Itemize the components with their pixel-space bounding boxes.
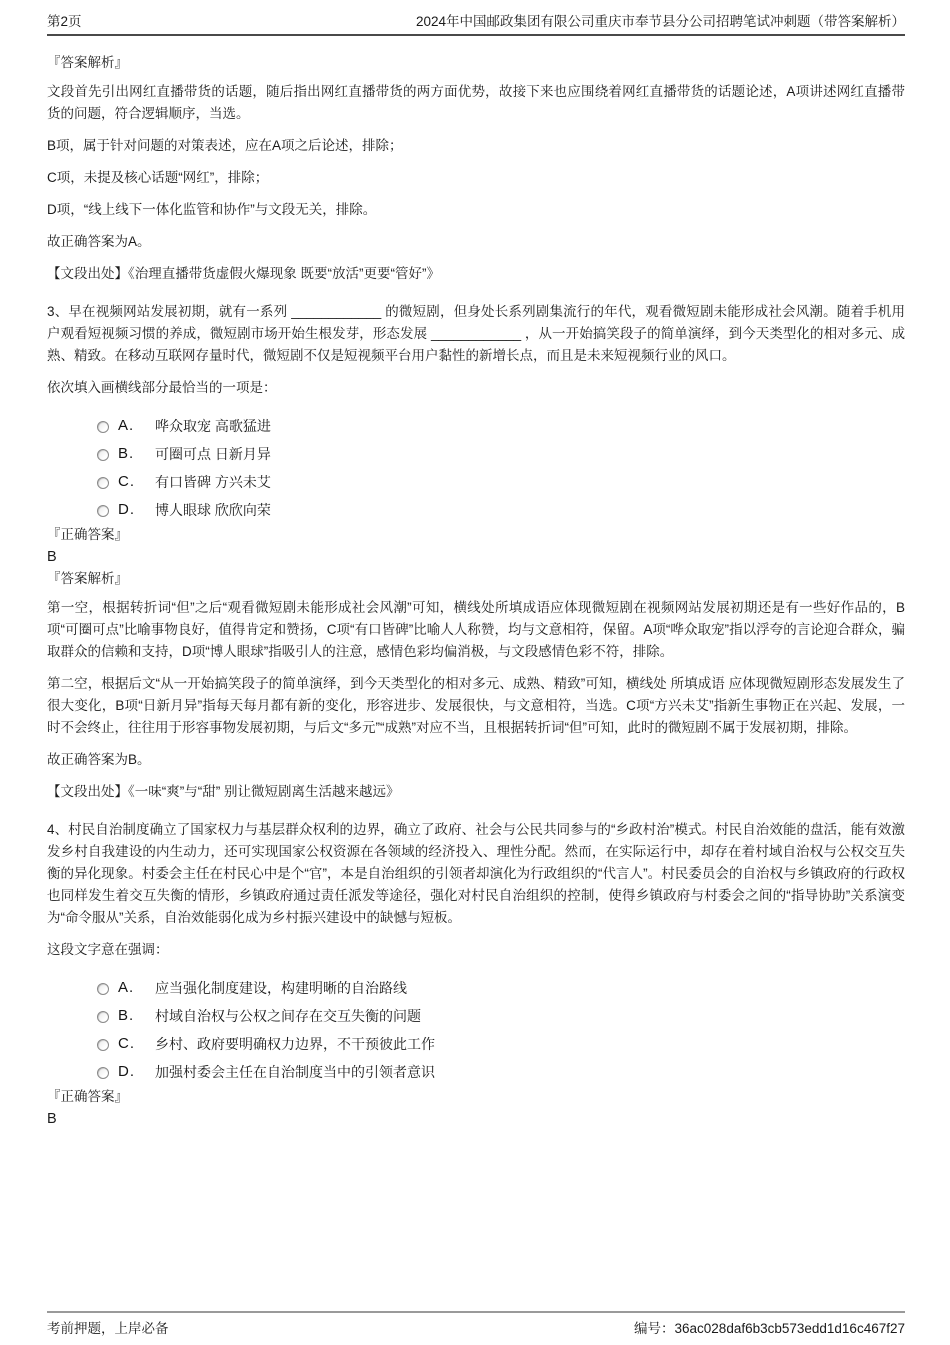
radio-icon[interactable]: [97, 477, 109, 489]
radio-icon[interactable]: [97, 983, 109, 995]
question3-option-c[interactable]: C. 有口皆碑 方兴未艾: [97, 468, 905, 496]
option-letter: C.: [118, 471, 140, 493]
question3-option-d[interactable]: D. 博人眼球 欣欣向荣: [97, 496, 905, 524]
question3-options: A. 哗众取宠 高歌猛进 B. 可圈可点 日新月异 C. 有口皆碑 方兴未艾 D…: [97, 412, 905, 524]
radio-icon[interactable]: [97, 421, 109, 433]
option-text: 博人眼球 欣欣向荣: [155, 499, 271, 521]
question4-stem: 4、村民自治制度确立了国家权力与基层群众权利的边界，确立了政府、社会与公民共同参…: [47, 819, 905, 929]
question3-option-b[interactable]: B. 可圈可点 日新月异: [97, 440, 905, 468]
q2-analysis-paragraph: 文段首先引出网红直播带货的话题，随后指出网红直播带货的两方面优势，故接下来也应围…: [47, 81, 905, 125]
page-content: 『答案解析』 文段首先引出网红直播带货的话题，随后指出网红直播带货的两方面优势，…: [47, 52, 905, 1130]
radio-icon[interactable]: [97, 1067, 109, 1079]
q3-analysis-label: 『答案解析』: [47, 568, 905, 590]
page-footer: 考前押题，上岸必备 编号：36ac028daf6b3cb573edd1d16c4…: [47, 1311, 905, 1338]
q3-source: 【文段出处】《一味“爽”与“甜” 别让微短剧离生活越来越远》: [47, 781, 905, 803]
q4-correct-answer-label: 『正确答案』: [47, 1086, 905, 1108]
option-letter: B.: [118, 443, 140, 465]
option-text: 有口皆碑 方兴未艾: [155, 471, 271, 493]
option-text: 可圈可点 日新月异: [155, 443, 271, 465]
option-letter: D.: [118, 1061, 140, 1083]
option-letter: B.: [118, 1005, 140, 1027]
question4-option-b[interactable]: B. 村域自治权与公权之间存在交互失衡的问题: [97, 1002, 905, 1030]
q2-option-d-note: D项，“线上线下一体化监管和协作”与文段无关，排除。: [47, 199, 905, 221]
option-text: 村域自治权与公权之间存在交互失衡的问题: [155, 1005, 421, 1027]
document-page: 第2页 2024年中国邮政集团有限公司重庆市奉节县分公司招聘笔试冲刺题（带答案解…: [0, 0, 950, 1345]
q3-analysis-blank2: 第二空，根据后文“从一开始搞笑段子的简单演绎，到今天类型化的相对多元、成熟、精致…: [47, 673, 905, 739]
document-title: 2024年中国邮政集团有限公司重庆市奉节县分公司招聘笔试冲刺题（带答案解析）: [416, 12, 905, 32]
page-number: 第2页: [47, 12, 82, 32]
question3-option-a[interactable]: A. 哗众取宠 高歌猛进: [97, 412, 905, 440]
option-letter: A.: [118, 415, 140, 437]
option-letter: C.: [118, 1033, 140, 1055]
radio-icon[interactable]: [97, 1011, 109, 1023]
q4-correct-answer-value: B: [47, 1108, 905, 1130]
question4-option-c[interactable]: C. 乡村、政府要明确权力边界，不干预彼此工作: [97, 1030, 905, 1058]
question4-option-a[interactable]: A. 应当强化制度建设，构建明晰的自治路线: [97, 974, 905, 1002]
footer-slogan: 考前押题，上岸必备: [47, 1320, 169, 1338]
radio-icon[interactable]: [97, 1039, 109, 1051]
question4-options: A. 应当强化制度建设，构建明晰的自治路线 B. 村域自治权与公权之间存在交互失…: [97, 974, 905, 1086]
q2-source: 【文段出处】《治理直播带货虚假火爆现象 既要“放活”更要“管好”》: [47, 263, 905, 285]
option-letter: A.: [118, 977, 140, 999]
radio-icon[interactable]: [97, 449, 109, 461]
question4-option-d[interactable]: D. 加强村委会主任在自治制度当中的引领者意识: [97, 1058, 905, 1086]
question4-prompt: 这段文字意在强调：: [47, 939, 905, 961]
q2-conclusion: 故正确答案为A。: [47, 231, 905, 253]
q2-analysis-label: 『答案解析』: [47, 52, 905, 74]
question3-prompt: 依次填入画横线部分最恰当的一项是：: [47, 377, 905, 399]
page-header: 第2页 2024年中国邮政集团有限公司重庆市奉节县分公司招聘笔试冲刺题（带答案解…: [47, 12, 905, 36]
q2-option-c-note: C项，未提及核心话题“网红”，排除；: [47, 167, 905, 189]
q3-correct-answer-value: B: [47, 546, 905, 568]
q2-option-b-note: B项，属于针对问题的对策表述，应在A项之后论述，排除；: [47, 135, 905, 157]
q3-correct-answer-label: 『正确答案』: [47, 524, 905, 546]
question3-stem: 3、早在视频网站发展初期，就有一系列 ____________ 的微短剧，但身处…: [47, 301, 905, 367]
option-text: 加强村委会主任在自治制度当中的引领者意识: [155, 1061, 435, 1083]
option-text: 哗众取宠 高歌猛进: [155, 415, 271, 437]
footer-document-id: 编号：36ac028daf6b3cb573edd1d16c467f27: [634, 1320, 905, 1338]
q3-analysis-blank1: 第一空，根据转折词“但”之后“观看微短剧未能形成社会风潮”可知，横线处所填成语应…: [47, 597, 905, 663]
radio-icon[interactable]: [97, 505, 109, 517]
q3-conclusion: 故正确答案为B。: [47, 749, 905, 771]
option-text: 应当强化制度建设，构建明晰的自治路线: [155, 977, 407, 999]
option-text: 乡村、政府要明确权力边界，不干预彼此工作: [155, 1033, 435, 1055]
option-letter: D.: [118, 499, 140, 521]
